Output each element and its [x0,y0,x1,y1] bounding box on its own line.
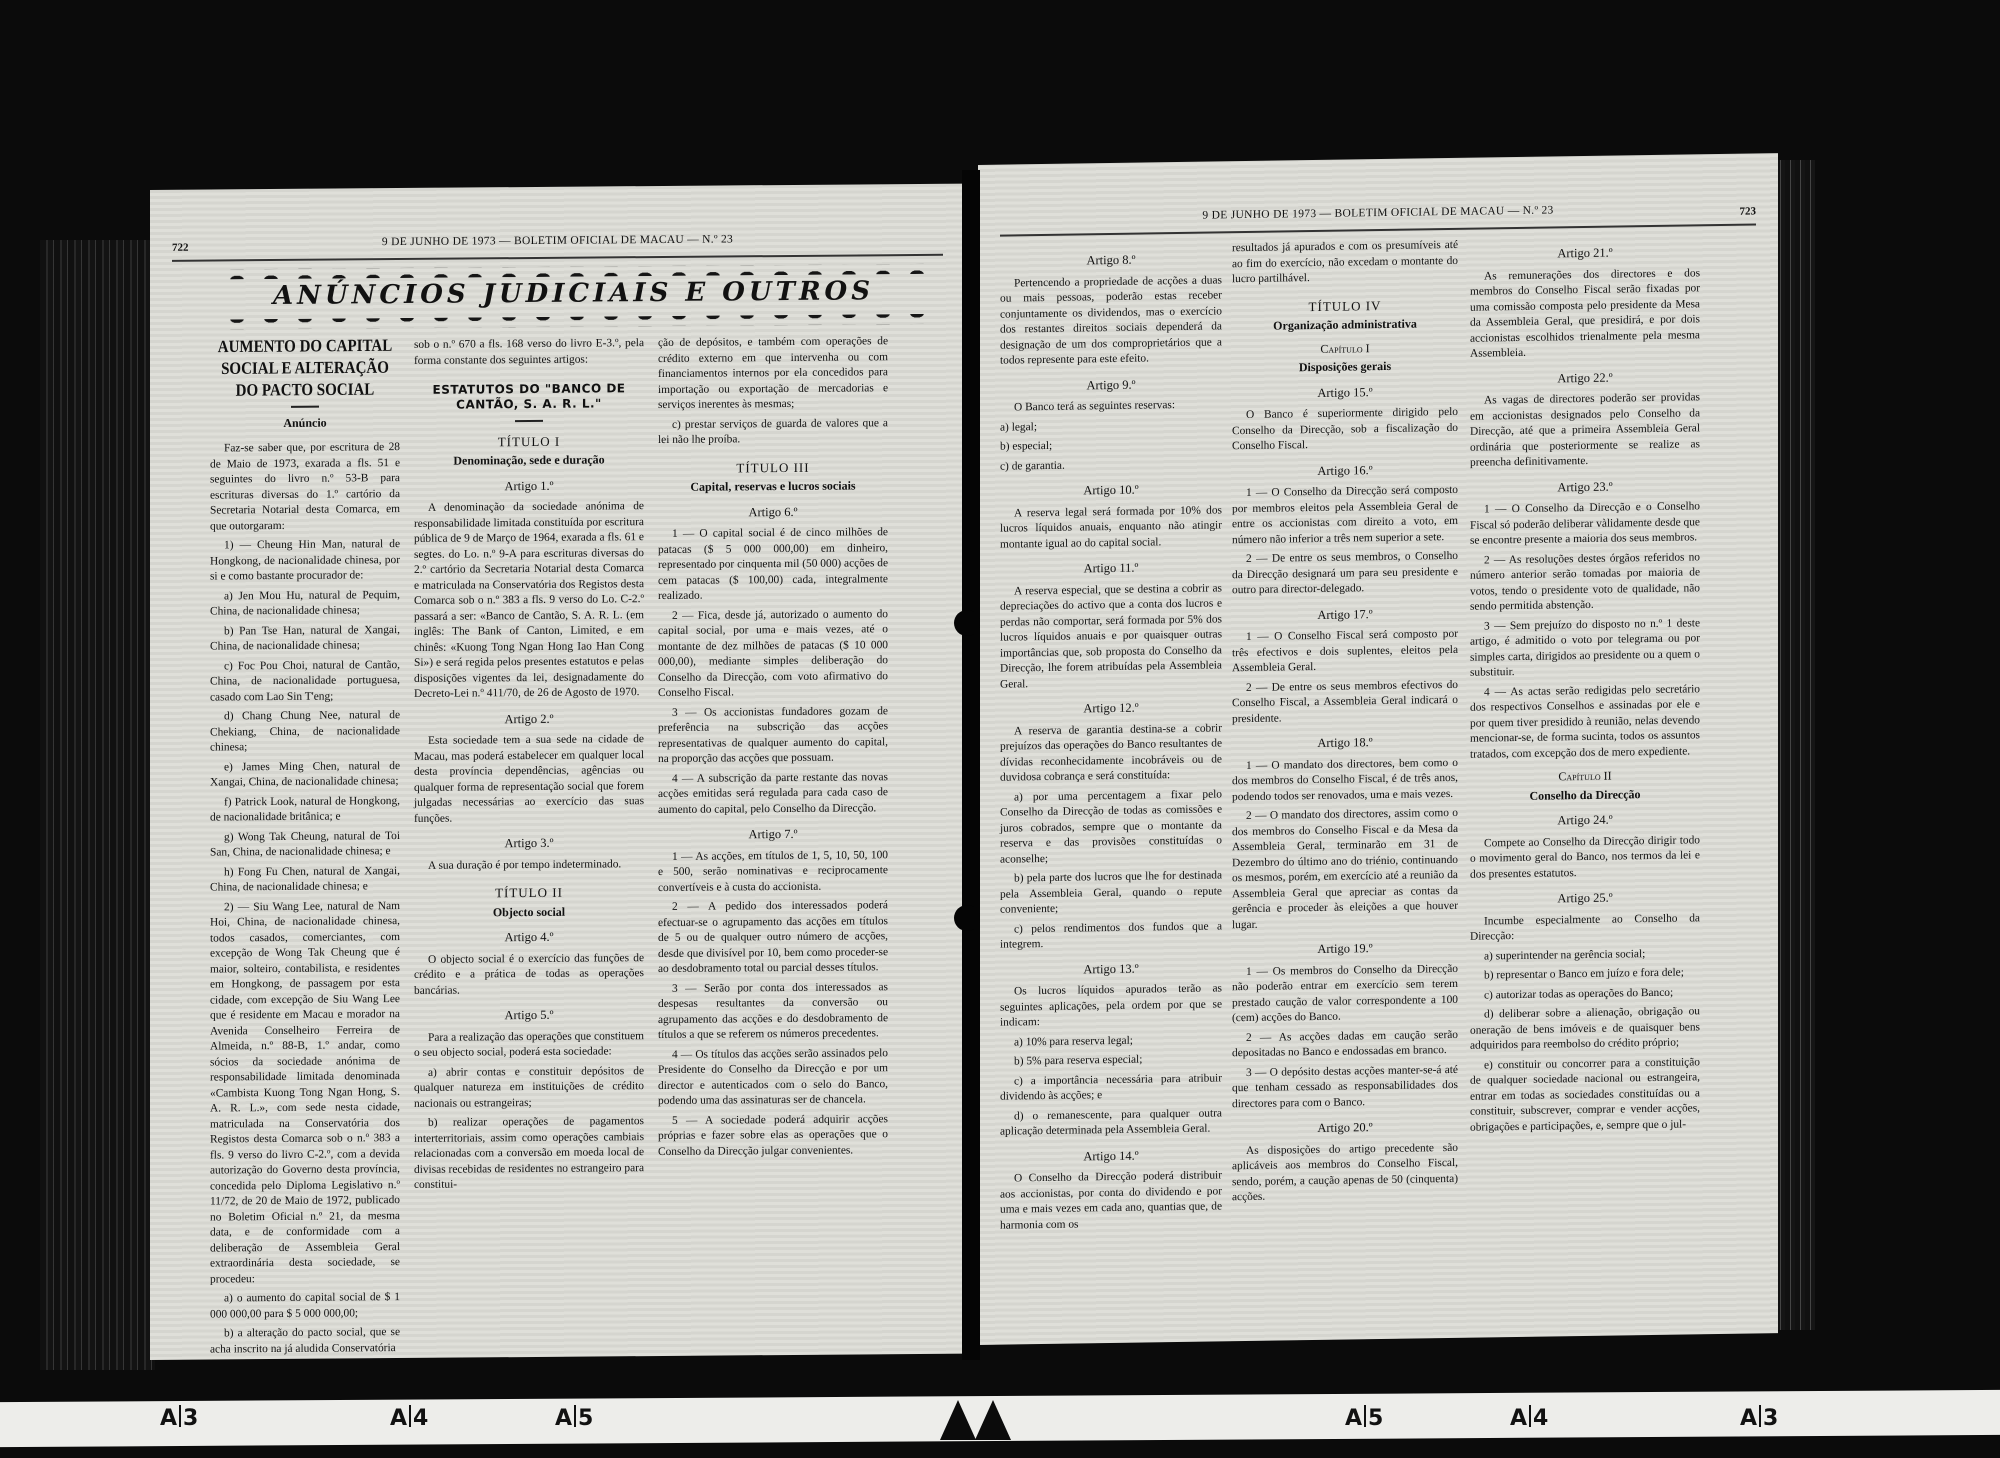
article-heading: Artigo 25.º [1470,889,1700,908]
frame-mark-label: A5 [1345,1406,1383,1431]
article-heading: Artigo 14.º [1000,1147,1222,1166]
frame-mark: A4 [1510,1405,1548,1431]
frame-mark-bar [179,1405,181,1427]
paragraph: 3 — O depósito destas acções manter-se-á… [1232,1062,1458,1112]
paragraph: A sua duração é por tempo indeterminado. [414,857,644,874]
paragraph: 1) — Cheung Hin Man, natural de Hongkong… [210,537,400,585]
article-heading: Artigo 15.º [1232,383,1458,402]
paragraph: Pertencendo a propriedade de acções a du… [1000,273,1222,369]
subheading: Organização administrativa [1232,316,1458,335]
paragraph: g) Wong Tak Cheung, natural de Toi San, … [210,829,400,861]
article-heading: Artigo 11.º [1000,559,1222,578]
article-heading: Artigo 22.º [1470,369,1700,388]
article-heading: Artigo 12.º [1000,699,1222,718]
paragraph: a) 10% para reserva legal; [1000,1032,1222,1051]
paragraph-continued: sob o n.º 670 a fls. 168 verso do livro … [414,336,644,369]
binding-hole [954,905,980,931]
film-notch [975,1400,1011,1440]
frame-mark: A4 [390,1405,428,1431]
frame-mark: A5 [1345,1405,1383,1431]
frame-mark-label: A4 [1510,1406,1548,1431]
paragraph: 1 — O capital social é de cinco milhões … [658,525,888,604]
paragraph: 5 — A sociedade poderá adquirir acções p… [658,1112,888,1160]
article-heading: Artigo 6.º [658,504,888,521]
article-heading: Artigo 1.º [414,478,644,495]
article-heading: Artigo 7.º [658,826,888,843]
paragraph: O objecto social é o exercício das funçõ… [414,951,644,999]
text-column-3: ção de depósitos, e também com operações… [658,334,888,1164]
paragraph: 2 — A pedido dos interessados poderá efe… [658,898,888,977]
title-heading: TÍTULO II [414,884,644,901]
article-heading: Artigo 19.º [1232,940,1458,959]
left-page: 722 9 DE JUNHO DE 1973 — BOLETIM OFICIAL… [150,184,965,1360]
running-head-left: 722 9 DE JUNHO DE 1973 — BOLETIM OFICIAL… [172,232,943,256]
paragraph-continued: b) especial; [1000,436,1222,455]
paragraph: 4 — Os títulos das acções serão assinado… [658,1046,888,1110]
paragraph: As remunerações dos directores e dos mem… [1470,266,1700,362]
paragraph-continued: ção de depósitos, e também com operações… [658,334,888,413]
paragraph: As vagas de directores poderão ser provi… [1470,390,1700,471]
section-banner: ANÚNCIOS JUDICIAIS E OUTROS [220,276,927,312]
paragraph: e) James Ming Chen, natural de Xangai, C… [210,759,400,791]
paragraph: 1 — O Conselho da Direcção e o Conselho … [1470,499,1700,549]
paragraph: a) abrir contas e constituir depósitos d… [414,1064,644,1112]
paragraph: 1 — O Conselho Fiscal será composto por … [1232,627,1458,677]
paragraph-continued: c) de garantia. [1000,456,1222,475]
paragraph: a) superintender na gerência social; [1470,946,1700,965]
article-heading: Artigo 3.º [414,835,644,852]
article-heading: Artigo 5.º [414,1007,644,1024]
paragraph: b) a alteração do pacto social, que se a… [210,1325,400,1357]
paragraph: c) Foc Pou Choi, natural de Cantão, Chin… [210,658,400,706]
statute-heading: ESTATUTOS DO "BANCO DE CANTÃO, S. A. R. … [414,381,644,413]
article-heading: Artigo 24.º [1470,811,1700,830]
paragraph: b) representar o Banco em juízo e fora d… [1470,965,1700,984]
article-heading: Artigo 23.º [1470,478,1700,497]
paragraph: d) o remanescente, para qualquer outra a… [1000,1106,1222,1140]
paragraph: As disposições do artigo precedente são … [1232,1140,1458,1205]
paragraph: O Banco terá as seguintes reservas: [1000,397,1222,416]
paragraph: h) Fong Fu Chen, natural de Xangai, Chin… [210,864,400,896]
paragraph-continued: resultados já apurados e com os presumív… [1232,238,1458,288]
paragraph: d) deliberar sobre a alienação, obrigaçã… [1470,1004,1700,1054]
paragraph: 2 — O mandato dos directores, assim como… [1232,806,1458,933]
frame-mark-bar [574,1405,576,1427]
paragraph: 1 — As acções, em títulos de 1, 5, 10, 5… [658,848,888,896]
frame-mark-bar [1364,1405,1366,1427]
paragraph: b) realizar operações de pagamentos inte… [414,1114,644,1193]
paragraph: 2 — Fica, desde já, autorizado o aumento… [658,607,888,702]
paragraph: Os lucros líquidos apurados terão as seg… [1000,981,1222,1031]
paragraph: A reserva especial, que se destina a cob… [1000,581,1222,693]
paragraph: A denominação da sociedade anónima de re… [414,499,644,702]
paragraph: Esta sociedade tem a sua sede na cidade … [414,732,644,827]
paragraph: A reserva legal será formada por 10% dos… [1000,503,1222,553]
film-notch [940,1400,976,1440]
short-rule [515,420,543,422]
chapter-heading: Capítulo I [1232,339,1458,358]
paragraph: 2 — De entre os seus membros efectivos d… [1232,677,1458,727]
text-column-1: Artigo 8.ºPertencendo a propriedade de a… [1000,241,1222,1237]
article-heading: Artigo 9.º [1000,376,1222,395]
paragraph: O Banco é superiormente dirigido pelo Co… [1232,405,1458,455]
paragraph: f) Patrick Look, natural de Hongkong, de… [210,794,400,826]
paragraph: a) por uma percentagem a fixar pelo Cons… [1000,787,1222,868]
subheading: Objecto social [414,904,644,921]
right-page: 9 DE JUNHO DE 1973 — BOLETIM OFICIAL DE … [978,153,1778,1345]
article-heading: Artigo 13.º [1000,960,1222,979]
title-heading: TÍTULO IV [1232,296,1458,315]
paragraph: Faz-se saber que, por escritura de 28 de… [210,440,400,534]
title-heading: TÍTULO III [658,459,888,476]
microfilm-edge-right [1775,160,1815,1330]
frame-mark-bar [1759,1405,1761,1427]
article-heading: Artigo 2.º [414,711,644,728]
text-column-3: Artigo 21.ºAs remunerações dos directore… [1470,234,1700,1139]
paragraph: c) prestar serviços de guarda de valores… [658,416,888,449]
paragraph-continued: a) legal; [1000,417,1222,436]
paragraph: 2 — As resoluções destes órgãos referido… [1470,550,1700,615]
short-rule [291,406,319,408]
paragraph: b) pela parte dos lucros que lhe for des… [1000,868,1222,918]
article-heading: Artigo 21.º [1470,244,1700,263]
subheading: Capital, reservas e lucros sociais [658,478,888,495]
paragraph: 3 — Sem prejuízo do disposto no n.º 1 de… [1470,616,1700,681]
frame-mark-label: A3 [160,1406,198,1431]
paragraph: c) pelos rendimentos dos fundos que a in… [1000,919,1222,953]
paragraph: 2) — Siu Wang Lee, natural de Nam Hoi, C… [210,899,400,1288]
paragraph: a) o aumento do capital social de $ 1 00… [210,1290,400,1322]
running-head-title: 9 DE JUNHO DE 1973 — BOLETIM OFICIAL DE … [172,232,943,250]
paragraph: 4 — A subscrição da parte restante das n… [658,770,888,818]
paragraph: Para a realização das operações que cons… [414,1029,644,1062]
article-heading: Artigo 10.º [1000,481,1222,500]
running-head-title: 9 DE JUNHO DE 1973 — BOLETIM OFICIAL DE … [1000,201,1756,224]
paragraph: 1 — O mandato dos directores, bem como o… [1232,755,1458,805]
chapter-heading: Capítulo II [1470,767,1700,786]
paragraph: Compete ao Conselho da Direcção dirigir … [1470,833,1700,883]
frame-mark: A5 [555,1405,593,1431]
paragraph: 4 — As actas serão redigidas pelo secret… [1470,682,1700,763]
text-column-2: sob o n.º 670 a fls. 168 verso do livro … [414,336,644,1197]
title-heading: TÍTULO I [414,433,644,450]
subheading: Conselho da Direcção [1470,786,1700,805]
article-heading: Artigo 8.º [1000,251,1222,270]
frame-mark-bar [409,1405,411,1427]
page-number: 723 [1740,205,1757,217]
subheading: Denominação, sede e duração [414,452,644,469]
notice-headline: AUMENTO DO CAPITAL SOCIAL E ALTERAÇÃO DO… [210,336,400,403]
article-heading: Artigo 20.º [1232,1119,1458,1138]
scalloped-rule-bottom [220,314,927,330]
paragraph: b) Pan Tse Han, natural de Xangai, China… [210,623,400,655]
paragraph: c) a importância necessária para atribui… [1000,1071,1222,1105]
article-heading: Artigo 4.º [414,929,644,946]
paragraph: Incumbe especialmente ao Conselho da Dir… [1470,911,1700,945]
text-column-1: AUMENTO DO CAPITAL SOCIAL E ALTERAÇÃO DO… [210,338,400,1360]
frame-mark-label: A4 [390,1406,428,1431]
paragraph: b) 5% para reserva especial; [1000,1051,1222,1070]
paragraph: d) Chang Chung Nee, natural de Chekiang,… [210,708,400,756]
article-heading: Artigo 18.º [1232,734,1458,753]
paragraph: A reserva de garantia destina-se a cobri… [1000,721,1222,786]
paragraph: c) autorizar todas as operações do Banco… [1470,985,1700,1004]
microfilm-edge-left [40,240,155,1370]
frame-mark-label: A5 [555,1406,593,1431]
book-gutter [962,170,980,1360]
paragraph: 2 — De entre os seus membros, o Conselho… [1232,549,1458,599]
paragraph: a) Jen Mou Hu, natural de Pequim, China,… [210,588,400,620]
frame-mark: A3 [1740,1405,1778,1431]
paragraph: 3 — Serão por conta dos interessados as … [658,980,888,1044]
frame-mark: A3 [160,1405,198,1431]
paragraph: 3 — Os accionistas fundadores gozam de p… [658,704,888,768]
paragraph: 1 — O Conselho da Direcção será composto… [1232,483,1458,548]
paragraph: e) constituir ou concorrer para a consti… [1470,1055,1700,1136]
paragraph: 1 — Os membros do Conselho da Direcção n… [1232,961,1458,1026]
notice-label: Anúncio [210,415,400,432]
paragraph: O Conselho da Direcção poderá distribuir… [1000,1168,1222,1233]
binding-hole [954,610,980,636]
article-heading: Artigo 17.º [1232,605,1458,624]
paragraph: 2 — As acções dadas em caução serão depo… [1232,1027,1458,1061]
text-column-2: resultados já apurados e com os presumív… [1232,238,1458,1210]
frame-mark-label: A3 [1740,1406,1778,1431]
frame-mark-bar [1529,1405,1531,1427]
article-heading: Artigo 16.º [1232,461,1458,480]
subheading: Disposições gerais [1232,358,1458,377]
